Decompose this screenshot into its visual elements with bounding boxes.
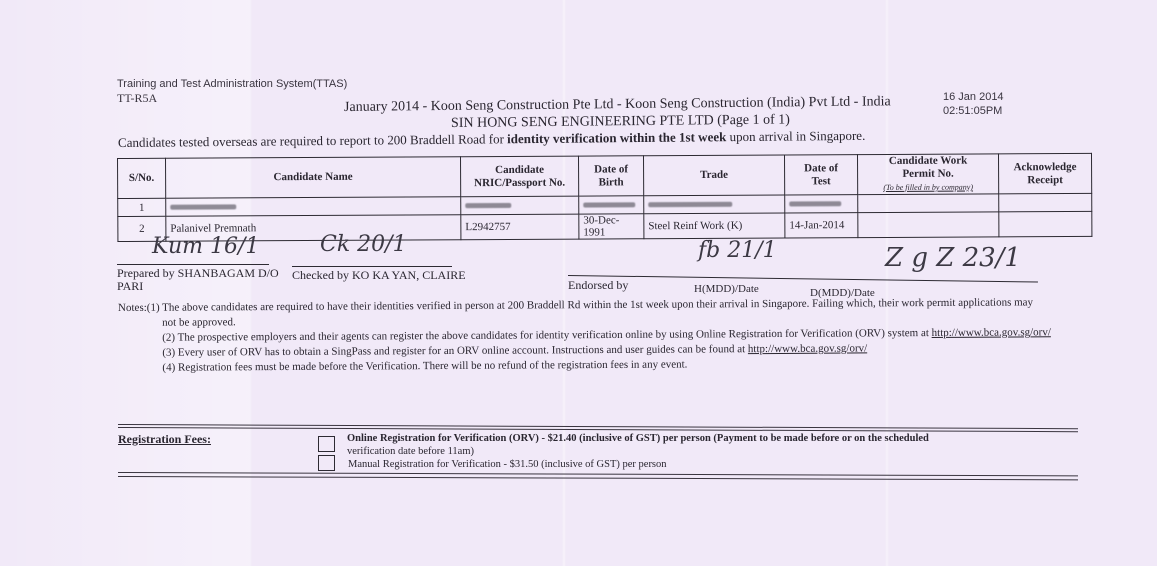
- h-date-label: H(MDD)/Date: [694, 283, 759, 295]
- col-nric: CandidateNRIC/Passport No.: [460, 156, 578, 197]
- intro-instruction: Candidates tested overseas are required …: [118, 128, 865, 151]
- d-signature: Z g Z 23/1: [885, 243, 1021, 273]
- table-header-row: S/No. Candidate Name CandidateNRIC/Passp…: [118, 153, 1092, 198]
- col-work-permit: Candidate WorkPermit No.(To be filled in…: [857, 154, 998, 195]
- cell-nric: L2942757: [461, 214, 579, 240]
- checked-sig-line: [292, 266, 452, 267]
- cell-test-date: 14-Jan-2014: [785, 213, 858, 238]
- cell-ack: [999, 193, 1092, 211]
- cell-trade: Steel Reinf Work (K): [644, 213, 785, 239]
- notes-label: Notes:: [118, 302, 147, 314]
- notes-section: Notes:(1) The above candidates are requi…: [118, 295, 1118, 376]
- cell-nric-redacted: [461, 196, 579, 215]
- orv-online-option-line2: verification date before 11am): [347, 446, 474, 457]
- col-acknowledge: AcknowledgeReceipt: [998, 153, 1091, 193]
- cell-permit: [858, 194, 999, 213]
- report-title: January 2014 - Koon Seng Construction Pt…: [344, 94, 891, 116]
- prepared-sig-line: [117, 264, 269, 265]
- col-test-date: Date ofTest: [784, 155, 857, 195]
- prepared-by-label-line2: PARI: [117, 279, 143, 294]
- candidate-table-wrapper: S/No. Candidate Name CandidateNRIC/Passp…: [117, 153, 1092, 242]
- cell-trade-redacted: [644, 195, 785, 214]
- intro-text-bold: identity verification within the 1st wee…: [507, 129, 726, 146]
- col-candidate-name: Candidate Name: [166, 157, 461, 199]
- print-time: 02:51:05PM: [943, 104, 1004, 118]
- form-code: TT-R5A: [117, 91, 157, 106]
- col-dob: Date ofBirth: [578, 156, 643, 196]
- cell-dob: 30-Dec-1991: [579, 214, 644, 239]
- checked-signature: Ck 20/1: [320, 232, 407, 257]
- cell-dob-redacted: [579, 196, 644, 214]
- registration-fees-label: Registration Fees:: [118, 432, 211, 447]
- orv-link[interactable]: http://www.bca.gov.sg/orv/: [932, 326, 1051, 339]
- cell-name-redacted: [166, 197, 461, 217]
- print-date: 16 Jan 2014: [943, 90, 1004, 104]
- endorsed-sig-line: [568, 275, 1038, 283]
- cell-sno: 1: [118, 198, 166, 216]
- system-name: Training and Test Administration System(…: [117, 78, 347, 91]
- orv-guide-link[interactable]: http://www.bca.gov.sg/orv/: [748, 342, 867, 355]
- manual-registration-option: Manual Registration for Verification - $…: [348, 459, 667, 470]
- prepared-signature: Kum 16/1: [152, 234, 259, 259]
- cell-test-redacted: [785, 195, 858, 213]
- candidate-table: S/No. Candidate Name CandidateNRIC/Passp…: [117, 153, 1092, 242]
- col-trade: Trade: [643, 155, 784, 196]
- col-sno: S/No.: [118, 158, 166, 198]
- endorsed-by-label: Endorsed by: [568, 278, 628, 293]
- h-signature: fb 21/1: [698, 238, 777, 263]
- intro-text-end: upon arrival in Singapore.: [726, 128, 865, 144]
- divider-bottom-2: [118, 476, 1078, 480]
- intro-text: Candidates tested overseas are required …: [118, 131, 507, 150]
- orv-online-option: Online Registration for Verification (OR…: [347, 433, 929, 444]
- checked-by-label: Checked by KO KA YAN, CLAIRE: [292, 268, 466, 283]
- print-timestamp: 16 Jan 2014 02:51:05PM: [943, 90, 1004, 118]
- cell-ack: [999, 211, 1092, 236]
- manual-registration-checkbox[interactable]: [318, 455, 335, 471]
- orv-online-checkbox[interactable]: [318, 436, 335, 452]
- table-row: 2 Palanivel Premnath L2942757 30-Dec-199…: [118, 211, 1092, 241]
- cell-permit: [858, 212, 999, 238]
